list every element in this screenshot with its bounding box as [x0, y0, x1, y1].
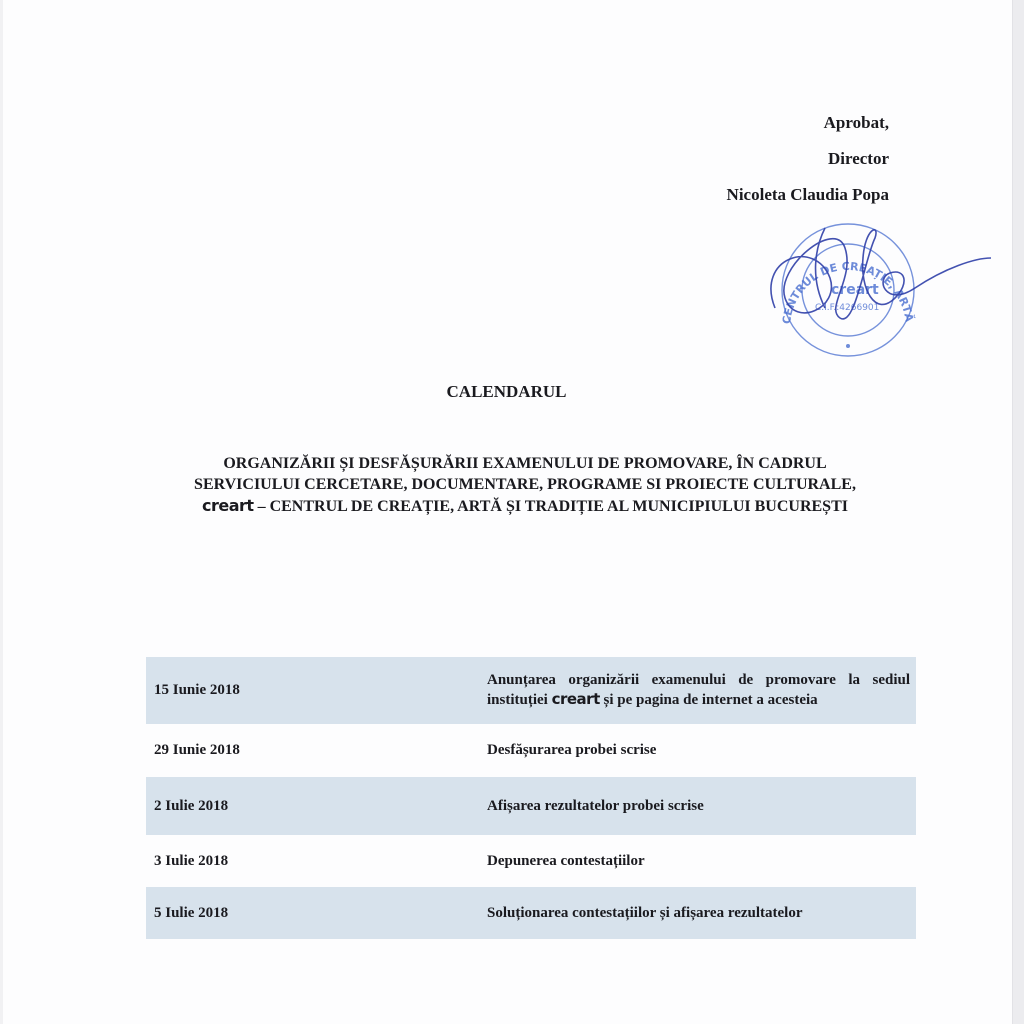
row-event: Soluționarea contestațiilor și afișarea … [487, 887, 916, 939]
table-row: 15 Iunie 2018 Anunțarea organizării exam… [146, 657, 916, 724]
approved-label: Aprobat, [727, 114, 889, 131]
document-page: Aprobat, Director Nicoleta Claudia Popa … [0, 0, 1013, 1024]
row-date: 15 Iunie 2018 [146, 657, 487, 724]
row-event: Desfășurarea probei scrise [487, 724, 916, 777]
row-event: Afișarea rezultatelor probei scrise [487, 777, 916, 835]
row-event: Depunerea contestațiilor [487, 835, 916, 887]
row-date: 5 Iulie 2018 [146, 887, 487, 939]
row-date: 3 Iulie 2018 [146, 835, 487, 887]
official-stamp-and-signature-icon: CENTRUL DE CREAȚIE, ARTĂ ȘI TRADIȚIE cre… [755, 218, 995, 378]
table-row: 2 Iulie 2018 Afișarea rezultatelor probe… [146, 777, 916, 835]
row-date: 29 Iunie 2018 [146, 724, 487, 777]
subtitle-line-1: ORGANIZĂRII ȘI DESFĂȘURĂRII EXAMENULUI D… [150, 453, 900, 474]
scan-edge-right [1012, 0, 1024, 1024]
scan-edge-left [0, 0, 3, 1024]
approver-role: Director [727, 150, 889, 167]
subtitle-line-3: creart – CENTRUL DE CREAȚIE, ARTĂ ȘI TRA… [150, 495, 900, 517]
document-subtitle: ORGANIZĂRII ȘI DESFĂȘURĂRII EXAMENULUI D… [150, 453, 900, 517]
table-row: 5 Iulie 2018 Soluționarea contestațiilor… [146, 887, 916, 939]
row-date: 2 Iulie 2018 [146, 777, 487, 835]
table-row: 3 Iulie 2018 Depunerea contestațiilor [146, 835, 916, 887]
document-title: CALENDARUL [0, 382, 1013, 402]
subtitle-line-2: SERVICIULUI CERCETARE, DOCUMENTARE, PROG… [150, 474, 900, 495]
row-event: Anunțarea organizării examenului de prom… [487, 657, 916, 724]
exam-calendar-table: 15 Iunie 2018 Anunțarea organizării exam… [146, 657, 916, 939]
creart-logo: creart [552, 690, 600, 708]
event-text: și pe pagina de internet a acesteia [600, 692, 818, 708]
creart-logo: creart [202, 496, 254, 515]
approval-block: Aprobat, Director Nicoleta Claudia Popa [727, 114, 889, 222]
institution-name: – CENTRUL DE CREAȚIE, ARTĂ ȘI TRADIȚIE A… [254, 498, 848, 515]
approver-name: Nicoleta Claudia Popa [727, 186, 889, 203]
table-row: 29 Iunie 2018 Desfășurarea probei scrise [146, 724, 916, 777]
